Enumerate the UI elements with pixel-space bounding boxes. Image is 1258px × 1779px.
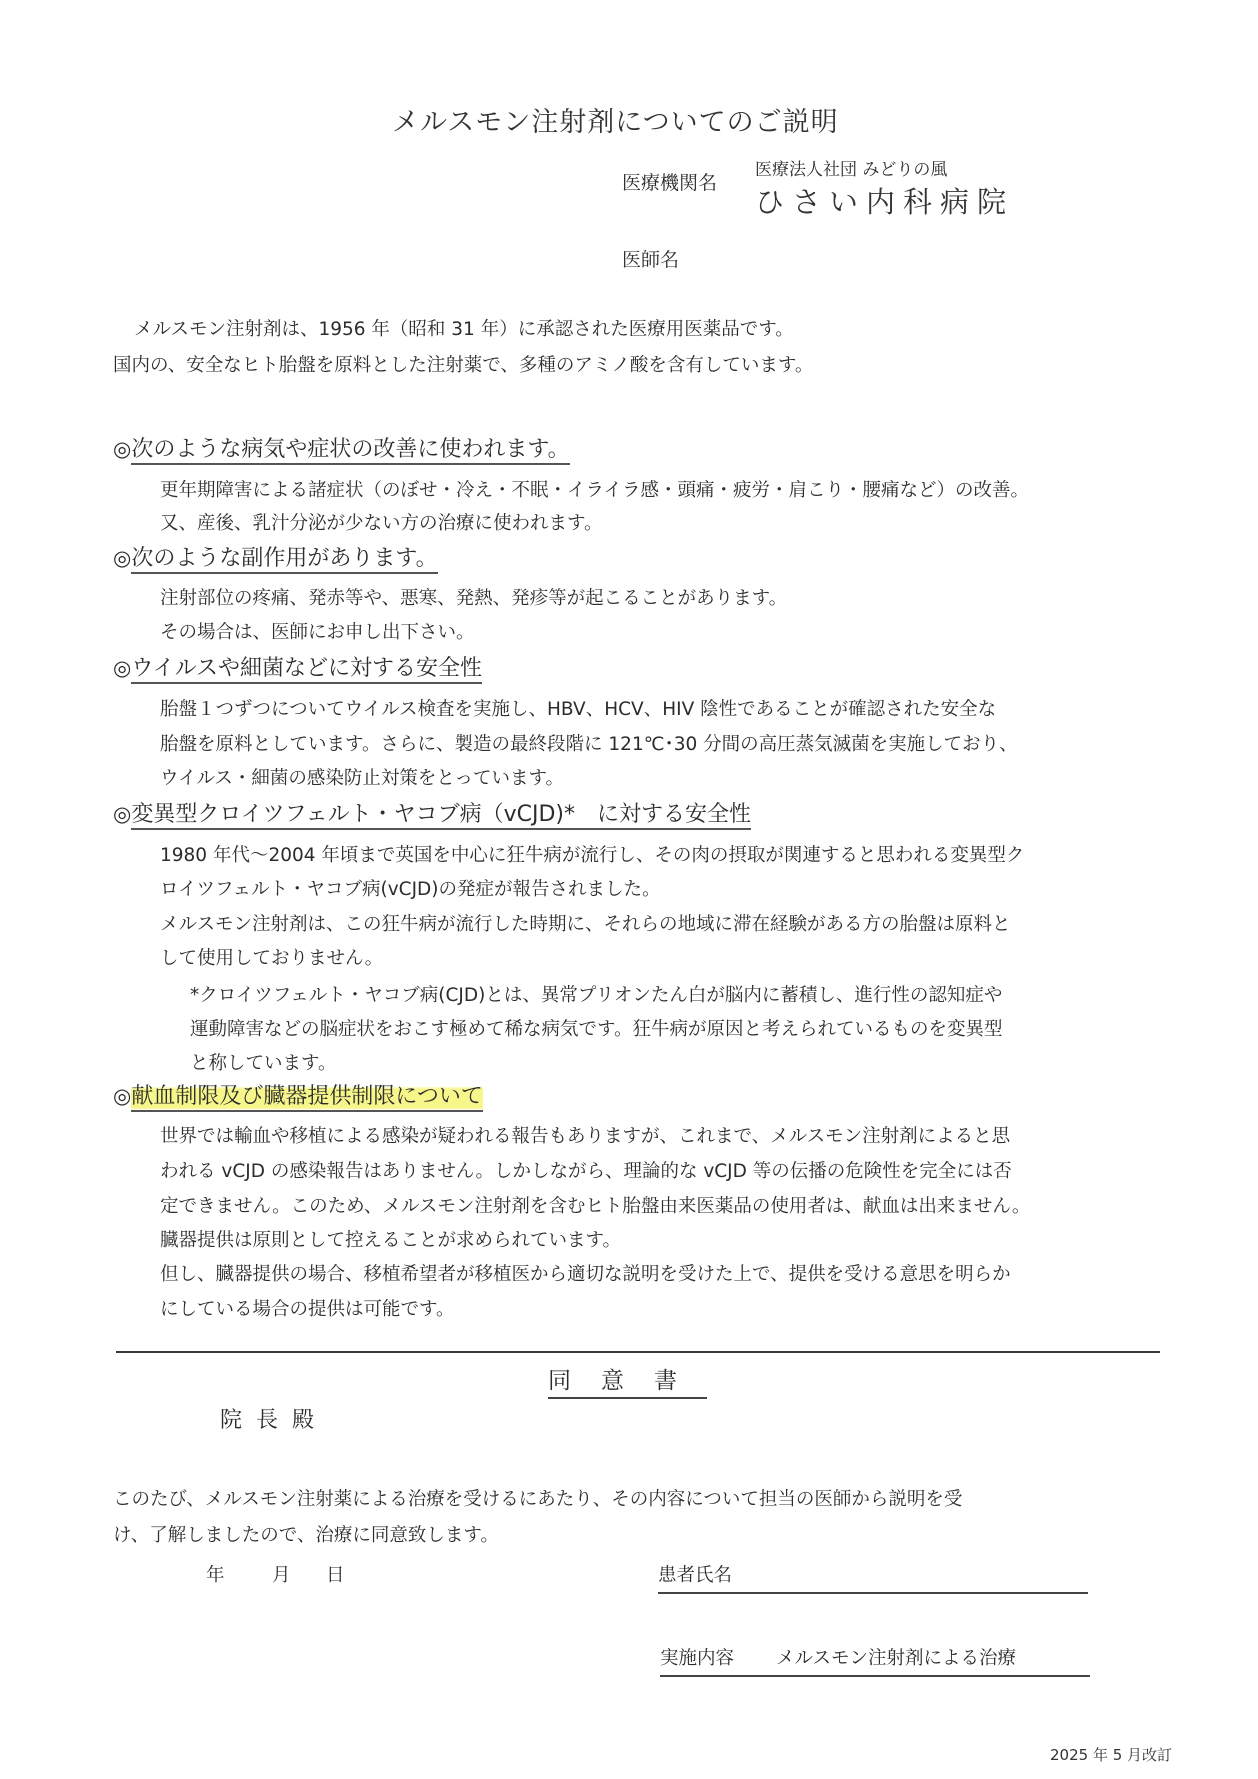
highlighted-heading: 献血制限及び臓器提供制限について — [131, 1084, 483, 1112]
section-divider — [116, 1351, 1160, 1353]
section-line: して使用しておりません。 — [160, 943, 383, 975]
section-line: 但し、臓器提供の場合、移植希望者が移植医から適切な説明を受けた上で、提供を受ける… — [160, 1259, 1011, 1291]
section-heading-side-effects: ◎次のような副作用があります。 — [113, 541, 438, 572]
section-heading-virus-safety: ◎ウイルスや細菌などに対する安全性 — [113, 651, 482, 682]
double-circle-icon: ◎ — [113, 437, 131, 461]
doctor-name-label: 医師名 — [622, 245, 679, 272]
section-line: にしている場合の提供は可能です。 — [160, 1294, 455, 1326]
section-line: 又、産後、乳汁分泌が少ない方の治療に使われます。 — [160, 508, 603, 540]
consent-addressee: 院長殿 — [220, 1403, 328, 1434]
consent-statement-line: このたび、メルスモン注射薬による治療を受けるにあたり、その内容について担当の医師… — [113, 1484, 962, 1516]
section-line: メルスモン注射剤は、この狂牛病が流行した時期に、それらの地域に滞在経験がある方の… — [160, 909, 1010, 941]
section-line: 更年期障害による諸症状（のぼせ・冷え・不眠・イライラ感・頭痛・疲労・肩こり・腰痛… — [160, 475, 1029, 507]
section-heading-indications: ◎次のような病気や症状の改善に使われます。 — [113, 432, 570, 463]
section-line: 定できません。このため、メルスモン注射剤を含むヒト胎盤由来医薬品の使用者は、献血… — [160, 1191, 1030, 1223]
double-circle-icon: ◎ — [113, 546, 131, 570]
treatment-value: メルスモン注射剤による治療 — [776, 1648, 1016, 1669]
section-line: ウイルス・細菌の感染防止対策をとっています。 — [160, 763, 564, 795]
institution-name: ひさい内科病院 — [755, 180, 1014, 221]
revision-date: 2025 年 5 月改訂 — [1050, 1744, 1172, 1765]
double-circle-icon: ◎ — [113, 1084, 131, 1108]
treatment-label: 実施内容 — [660, 1648, 734, 1669]
patient-name-field[interactable]: 患者氏名 — [658, 1560, 1088, 1594]
section-line: 胎盤１つずつについてウイルス検査を実施し、HBV、HCV、HIV 陰性であること… — [160, 694, 996, 726]
section-line: 注射部位の疼痛、発赤等や、悪寒、発熱、発疹等が起こることがあります。 — [160, 583, 787, 615]
document-title: メルスモン注射剤についてのご説明 — [392, 100, 839, 139]
section-heading-vcjd-safety: ◎変異型クロイツフェルト・ヤコブ病（vCJD)* に対する安全性 — [113, 797, 751, 828]
double-circle-icon: ◎ — [113, 656, 131, 680]
section-line: 1980 年代～2004 年頃まで英国を中心に狂牛病が流行し、その肉の摂取が関連… — [160, 840, 1024, 872]
intro-line-1: メルスモン注射剤は、1956 年（昭和 31 年）に承認された医療用医薬品です。 — [134, 314, 794, 346]
section-heading-donation-restriction: ◎献血制限及び臓器提供制限について — [113, 1079, 483, 1110]
footnote-line: *クロイツフェルト・ヤコブ病(CJD)とは、異常プリオンたん白が脳内に蓄積し、進… — [190, 980, 1002, 1012]
section-line: ロイツフェルト・ヤコブ病(vCJD)の発症が報告されました。 — [160, 874, 661, 906]
patient-name-label: 患者氏名 — [658, 1565, 732, 1586]
footnote-line: 運動障害などの脳症状をおこす極めて稀な病気です。狂牛病が原因と考えられているもの… — [190, 1014, 1003, 1046]
consent-title: 同意書 — [548, 1362, 707, 1399]
section-line: 世界では輸血や移植による感染が疑われる報告もありますが、これまで、メルスモン注射… — [160, 1121, 1010, 1153]
section-line: われる vCJD の感染報告はありません。しかしながら、理論的な vCJD 等の… — [160, 1156, 1012, 1188]
section-line: その場合は、医師にお申し出下さい。 — [160, 617, 475, 649]
date-month-label: 月 — [272, 1560, 291, 1592]
section-line: 胎盤を原料としています。さらに、製造の最終段階に 121℃･30 分間の高圧蒸気… — [160, 729, 1018, 761]
institution-corporation: 医療法人社団 みどりの風 — [755, 155, 947, 180]
double-circle-icon: ◎ — [113, 802, 131, 826]
date-year-label: 年 — [206, 1560, 225, 1592]
consent-statement-line: け、了解しましたので、治療に同意致します。 — [113, 1520, 499, 1552]
intro-line-2: 国内の、安全なヒト胎盤を原料とした注射薬で、多種のアミノ酸を含有しています。 — [113, 350, 813, 382]
footnote-line: と称しています。 — [190, 1048, 337, 1080]
institution-label: 医療機関名 — [622, 168, 717, 195]
treatment-field: 実施内容メルスモン注射剤による治療 — [660, 1643, 1090, 1677]
section-line: 臓器提供は原則として控えることが求められています。 — [160, 1225, 621, 1257]
date-day-label: 日 — [326, 1560, 345, 1592]
